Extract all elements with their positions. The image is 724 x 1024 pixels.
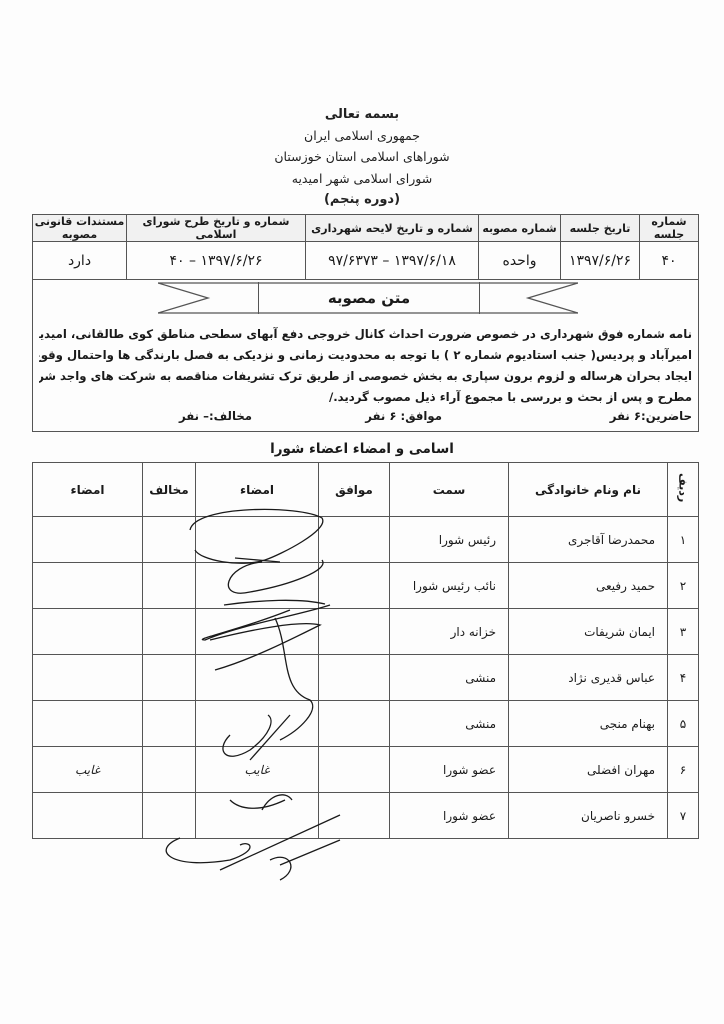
against-count: مخالف:– نفر bbox=[179, 409, 252, 423]
member-name: عباس قدیری نژاد bbox=[509, 655, 668, 701]
members-title: اسامی و امضاء اعضاء شورا bbox=[0, 441, 724, 457]
in-favor-cell bbox=[319, 655, 390, 701]
signature-cell bbox=[33, 701, 143, 747]
signature-cell bbox=[196, 517, 319, 563]
against-cell bbox=[143, 563, 196, 609]
province-councils: شوراهای اسلامی استان خوزستان bbox=[0, 149, 724, 164]
member-position: خزانه دار bbox=[390, 609, 509, 655]
row-number: ۲ bbox=[668, 563, 699, 609]
row-number: ۴ bbox=[668, 655, 699, 701]
table-row: ۲ حمید رفیعی نائب رئیس شورا bbox=[33, 563, 699, 609]
resolution-title: متن مصوبه bbox=[258, 282, 480, 314]
header-signature-favor: امضاء bbox=[196, 463, 319, 517]
against-cell bbox=[143, 655, 196, 701]
header-row-number: ردیف bbox=[668, 463, 699, 517]
row-number: ۵ bbox=[668, 701, 699, 747]
table-row: ۱ محمدرضا آقاجری رئیس شورا bbox=[33, 517, 699, 563]
member-position: منشی bbox=[390, 701, 509, 747]
resolution-line-2: امیرآباد و پردیس( جنب استادیوم شماره ۲ )… bbox=[39, 345, 692, 366]
table-row: ۵ بهنام منجی منشی bbox=[33, 701, 699, 747]
header-against: مخالف bbox=[143, 463, 196, 517]
country-name: جمهوری اسلامی ایران bbox=[0, 128, 724, 143]
signature-cell bbox=[33, 793, 143, 839]
signature-cell: غایب bbox=[33, 747, 143, 793]
in-favor-cell bbox=[319, 563, 390, 609]
member-name: مهران افضلی bbox=[509, 747, 668, 793]
vote-summary: حاضرین:۶ نفر موافق: ۶ نفر مخالف:– نفر bbox=[39, 409, 692, 427]
against-cell bbox=[143, 609, 196, 655]
against-cell bbox=[143, 793, 196, 839]
signature-cell bbox=[196, 701, 319, 747]
header-position: سمت bbox=[390, 463, 509, 517]
in-favor-cell bbox=[319, 793, 390, 839]
resolution-line-4: مطرح و پس از بحث و بررسی با مجموع آراء ذ… bbox=[39, 387, 692, 408]
signature-cell bbox=[33, 563, 143, 609]
signature-cell bbox=[33, 655, 143, 701]
resolution-line-3: ایجاد بحران هرساله و لزوم برون سپاری به … bbox=[39, 366, 692, 387]
against-cell bbox=[143, 747, 196, 793]
resolution-line-1: نامه شماره فوق شهرداری در خصوص ضرورت احد… bbox=[39, 324, 692, 345]
invocation: بسمه تعالی bbox=[0, 107, 724, 122]
table-row: ۳ ایمان شریفات خزانه دار bbox=[33, 609, 699, 655]
row-number: ۷ bbox=[668, 793, 699, 839]
member-position: عضو شورا bbox=[390, 793, 509, 839]
present-count: حاضرین:۶ نفر bbox=[610, 409, 692, 423]
resolution-text-box: متن مصوبه نامه شماره فوق شهرداری در خصوص… bbox=[32, 274, 699, 432]
against-cell bbox=[143, 517, 196, 563]
member-position: عضو شورا bbox=[390, 747, 509, 793]
header-session-date: تاریخ جلسه bbox=[561, 215, 640, 242]
city-council: شورای اسلامی شهر امیدیه bbox=[0, 171, 724, 186]
table-row: ۴ عباس قدیری نژاد منشی bbox=[33, 655, 699, 701]
member-position: منشی bbox=[390, 655, 509, 701]
member-name: بهنام منجی bbox=[509, 701, 668, 747]
row-number: ۳ bbox=[668, 609, 699, 655]
against-cell bbox=[143, 701, 196, 747]
header-legal-basis: مستندات قانونی مصوبه bbox=[33, 215, 127, 242]
resolution-title-ribbon: متن مصوبه bbox=[158, 282, 578, 314]
header-session-number: شماره جلسه bbox=[640, 215, 699, 242]
in-favor-cell bbox=[319, 517, 390, 563]
signature-cell bbox=[196, 563, 319, 609]
signature-cell bbox=[196, 655, 319, 701]
signature-cell bbox=[33, 517, 143, 563]
member-name: حمید رفیعی bbox=[509, 563, 668, 609]
in-favor-cell bbox=[319, 609, 390, 655]
members-table: ردیف نام ونام خانوادگی سمت موافق امضاء م… bbox=[32, 462, 699, 839]
signature-cell bbox=[33, 609, 143, 655]
header-resolution-number: شماره مصوبه bbox=[479, 215, 561, 242]
header-signature-against: امضاء bbox=[33, 463, 143, 517]
resolution-meta-table: شماره جلسه تاریخ جلسه شماره مصوبه شماره … bbox=[32, 214, 699, 280]
table-row: ۷ خسرو ناصریان عضو شورا bbox=[33, 793, 699, 839]
in-favor-cell bbox=[319, 747, 390, 793]
council-term: (دوره پنجم) bbox=[0, 192, 724, 207]
signature-cell: غایب bbox=[196, 747, 319, 793]
member-position: رئیس شورا bbox=[390, 517, 509, 563]
row-number: ۶ bbox=[668, 747, 699, 793]
header-full-name: نام ونام خانوادگی bbox=[509, 463, 668, 517]
in-favor-count: موافق: ۶ نفر bbox=[365, 409, 442, 423]
table-row: ۶ مهران افضلی عضو شورا غایب غایب bbox=[33, 747, 699, 793]
in-favor-cell bbox=[319, 701, 390, 747]
header-council-plan: شماره و تاریخ طرح شورای اسلامی bbox=[127, 215, 306, 242]
member-name: خسرو ناصریان bbox=[509, 793, 668, 839]
signature-cell bbox=[196, 609, 319, 655]
row-number: ۱ bbox=[668, 517, 699, 563]
header-municipal-bill: شماره و تاریخ لایحه شهرداری bbox=[306, 215, 479, 242]
member-position: نائب رئیس شورا bbox=[390, 563, 509, 609]
member-name: محمدرضا آقاجری bbox=[509, 517, 668, 563]
header-in-favor: موافق bbox=[319, 463, 390, 517]
member-name: ایمان شریفات bbox=[509, 609, 668, 655]
signature-cell bbox=[196, 793, 319, 839]
